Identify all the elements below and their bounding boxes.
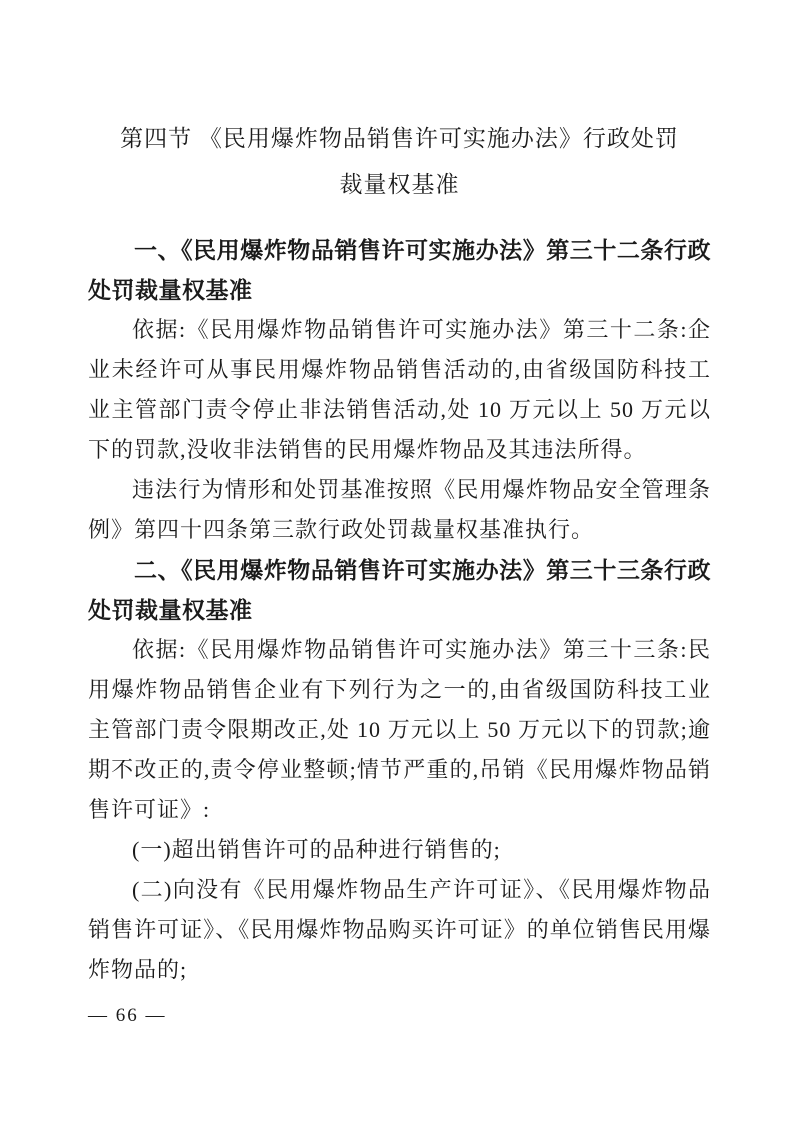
page-number: — 66 — [88,1005,167,1027]
document-page: 第四节 《民用爆炸物品销售许可实施办法》行政处罚 裁量权基准 一、《民用爆炸物品… [0,0,793,1122]
section-1-heading: 一、《民用爆炸物品销售许可实施办法》第三十二条行政处罚裁量权基准 [88,230,711,310]
document-title-line1: 第四节 《民用爆炸物品销售许可实施办法》行政处罚 [120,126,679,151]
section-1-paragraph-2: 违法行为情形和处罚基准按照《民用爆炸物品安全管理条例》第四十四条第三款行政处罚裁… [88,470,711,550]
section-2-heading: 二、《民用爆炸物品销售许可实施办法》第三十三条行政处罚裁量权基准 [88,550,711,630]
document-title-line2: 裁量权基准 [340,172,460,197]
section-2-paragraph-1: 依据:《民用爆炸物品销售许可实施办法》第三十三条:民用爆炸物品销售企业有下列行为… [88,630,711,830]
section-1-paragraph-1: 依据:《民用爆炸物品销售许可实施办法》第三十二条:企业未经许可从事民用爆炸物品销… [88,310,711,470]
document-content: 第四节 《民用爆炸物品销售许可实施办法》行政处罚 裁量权基准 一、《民用爆炸物品… [0,0,793,990]
section-2-list-item-2: (二)向没有《民用爆炸物品生产许可证》、《民用爆炸物品销售许可证》、《民用爆炸物… [88,870,711,990]
document-title: 第四节 《民用爆炸物品销售许可实施办法》行政处罚 裁量权基准 [88,116,711,208]
section-2-list-item-1: (一)超出销售许可的品种进行销售的; [88,830,711,870]
